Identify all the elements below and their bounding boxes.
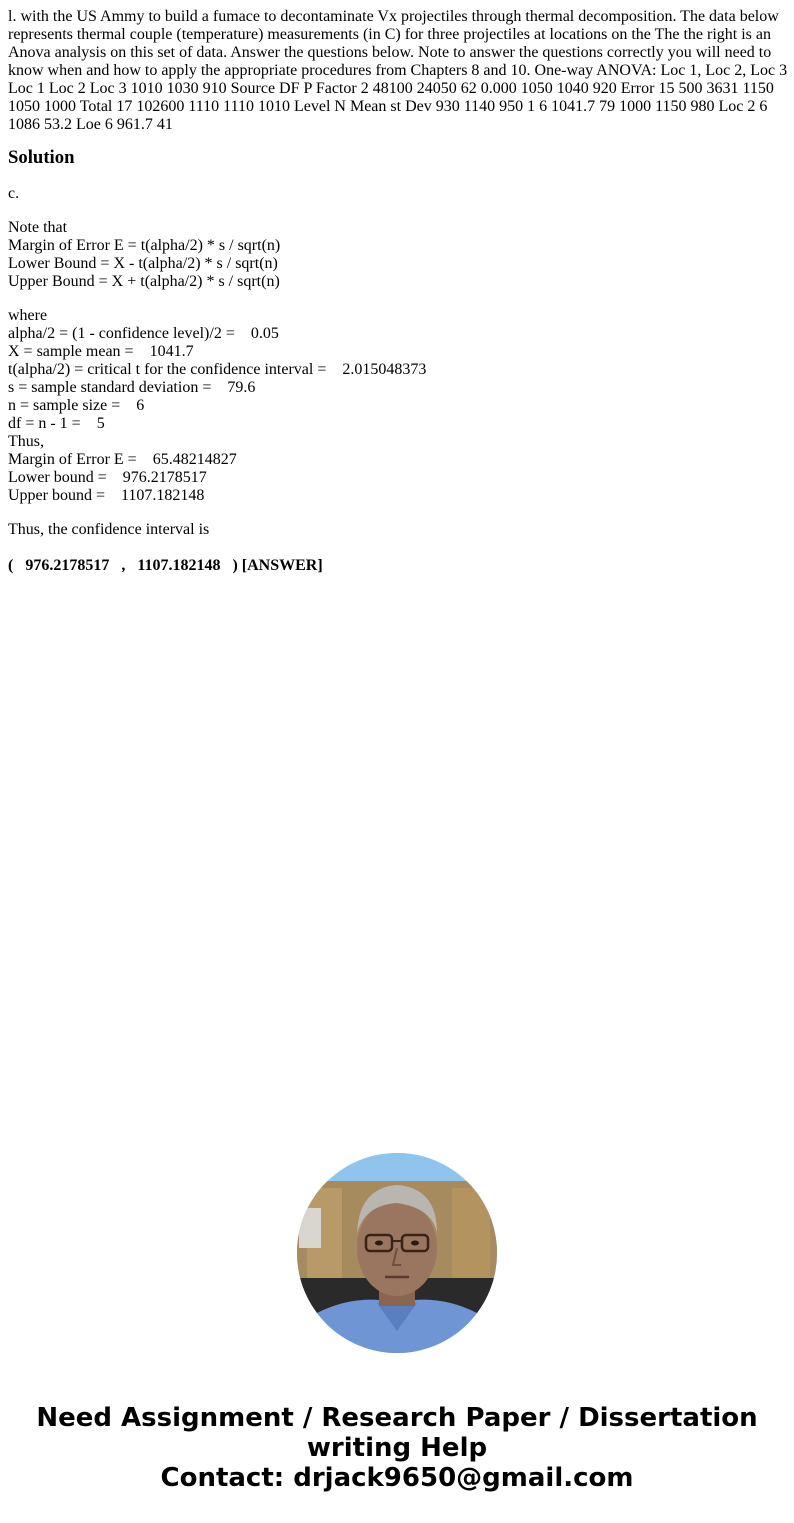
question-text: l. with the US Ammy to build a fumace to…	[8, 8, 788, 134]
promo-line: writing Help	[0, 1433, 794, 1463]
formula-line: Note that	[8, 219, 788, 237]
solution-heading: Solution	[8, 147, 788, 169]
promo-line: Need Assignment / Research Paper / Disse…	[0, 1403, 794, 1433]
definitions-block: where alpha/2 = (1 - confidence level)/2…	[8, 307, 788, 505]
promo-banner: Need Assignment / Research Paper / Disse…	[0, 1403, 794, 1493]
promo-contact: Contact: drjack9650@gmail.com	[0, 1463, 794, 1493]
definition-line: s = sample standard deviation = 79.6	[8, 379, 788, 397]
formula-line: Upper Bound = X + t(alpha/2) * s / sqrt(…	[8, 273, 788, 291]
definition-line: Lower bound = 976.2178517	[8, 469, 788, 487]
part-label: c.	[8, 185, 788, 203]
definition-line: alpha/2 = (1 - confidence level)/2 = 0.0…	[8, 325, 788, 343]
definition-line: df = n - 1 = 5	[8, 415, 788, 433]
document-body: l. with the US Ammy to build a fumace to…	[8, 8, 788, 575]
author-avatar	[297, 1153, 497, 1353]
person-photo-icon	[297, 1153, 497, 1353]
definition-line: Upper bound = 1107.182148	[8, 487, 788, 505]
answer-text: ( 976.2178517 , 1107.182148 ) [ANSWER]	[8, 557, 788, 575]
definition-line: n = sample size = 6	[8, 397, 788, 415]
formula-block: Note that Margin of Error E = t(alpha/2)…	[8, 219, 788, 291]
formula-line: Lower Bound = X - t(alpha/2) * s / sqrt(…	[8, 255, 788, 273]
definition-line: Thus,	[8, 433, 788, 451]
definition-line: where	[8, 307, 788, 325]
formula-line: Margin of Error E = t(alpha/2) * s / sqr…	[8, 237, 788, 255]
definition-line: X = sample mean = 1041.7	[8, 343, 788, 361]
conclusion-text: Thus, the confidence interval is	[8, 521, 788, 539]
definition-line: Margin of Error E = 65.48214827	[8, 451, 788, 469]
definition-line: t(alpha/2) = critical t for the confiden…	[8, 361, 788, 379]
